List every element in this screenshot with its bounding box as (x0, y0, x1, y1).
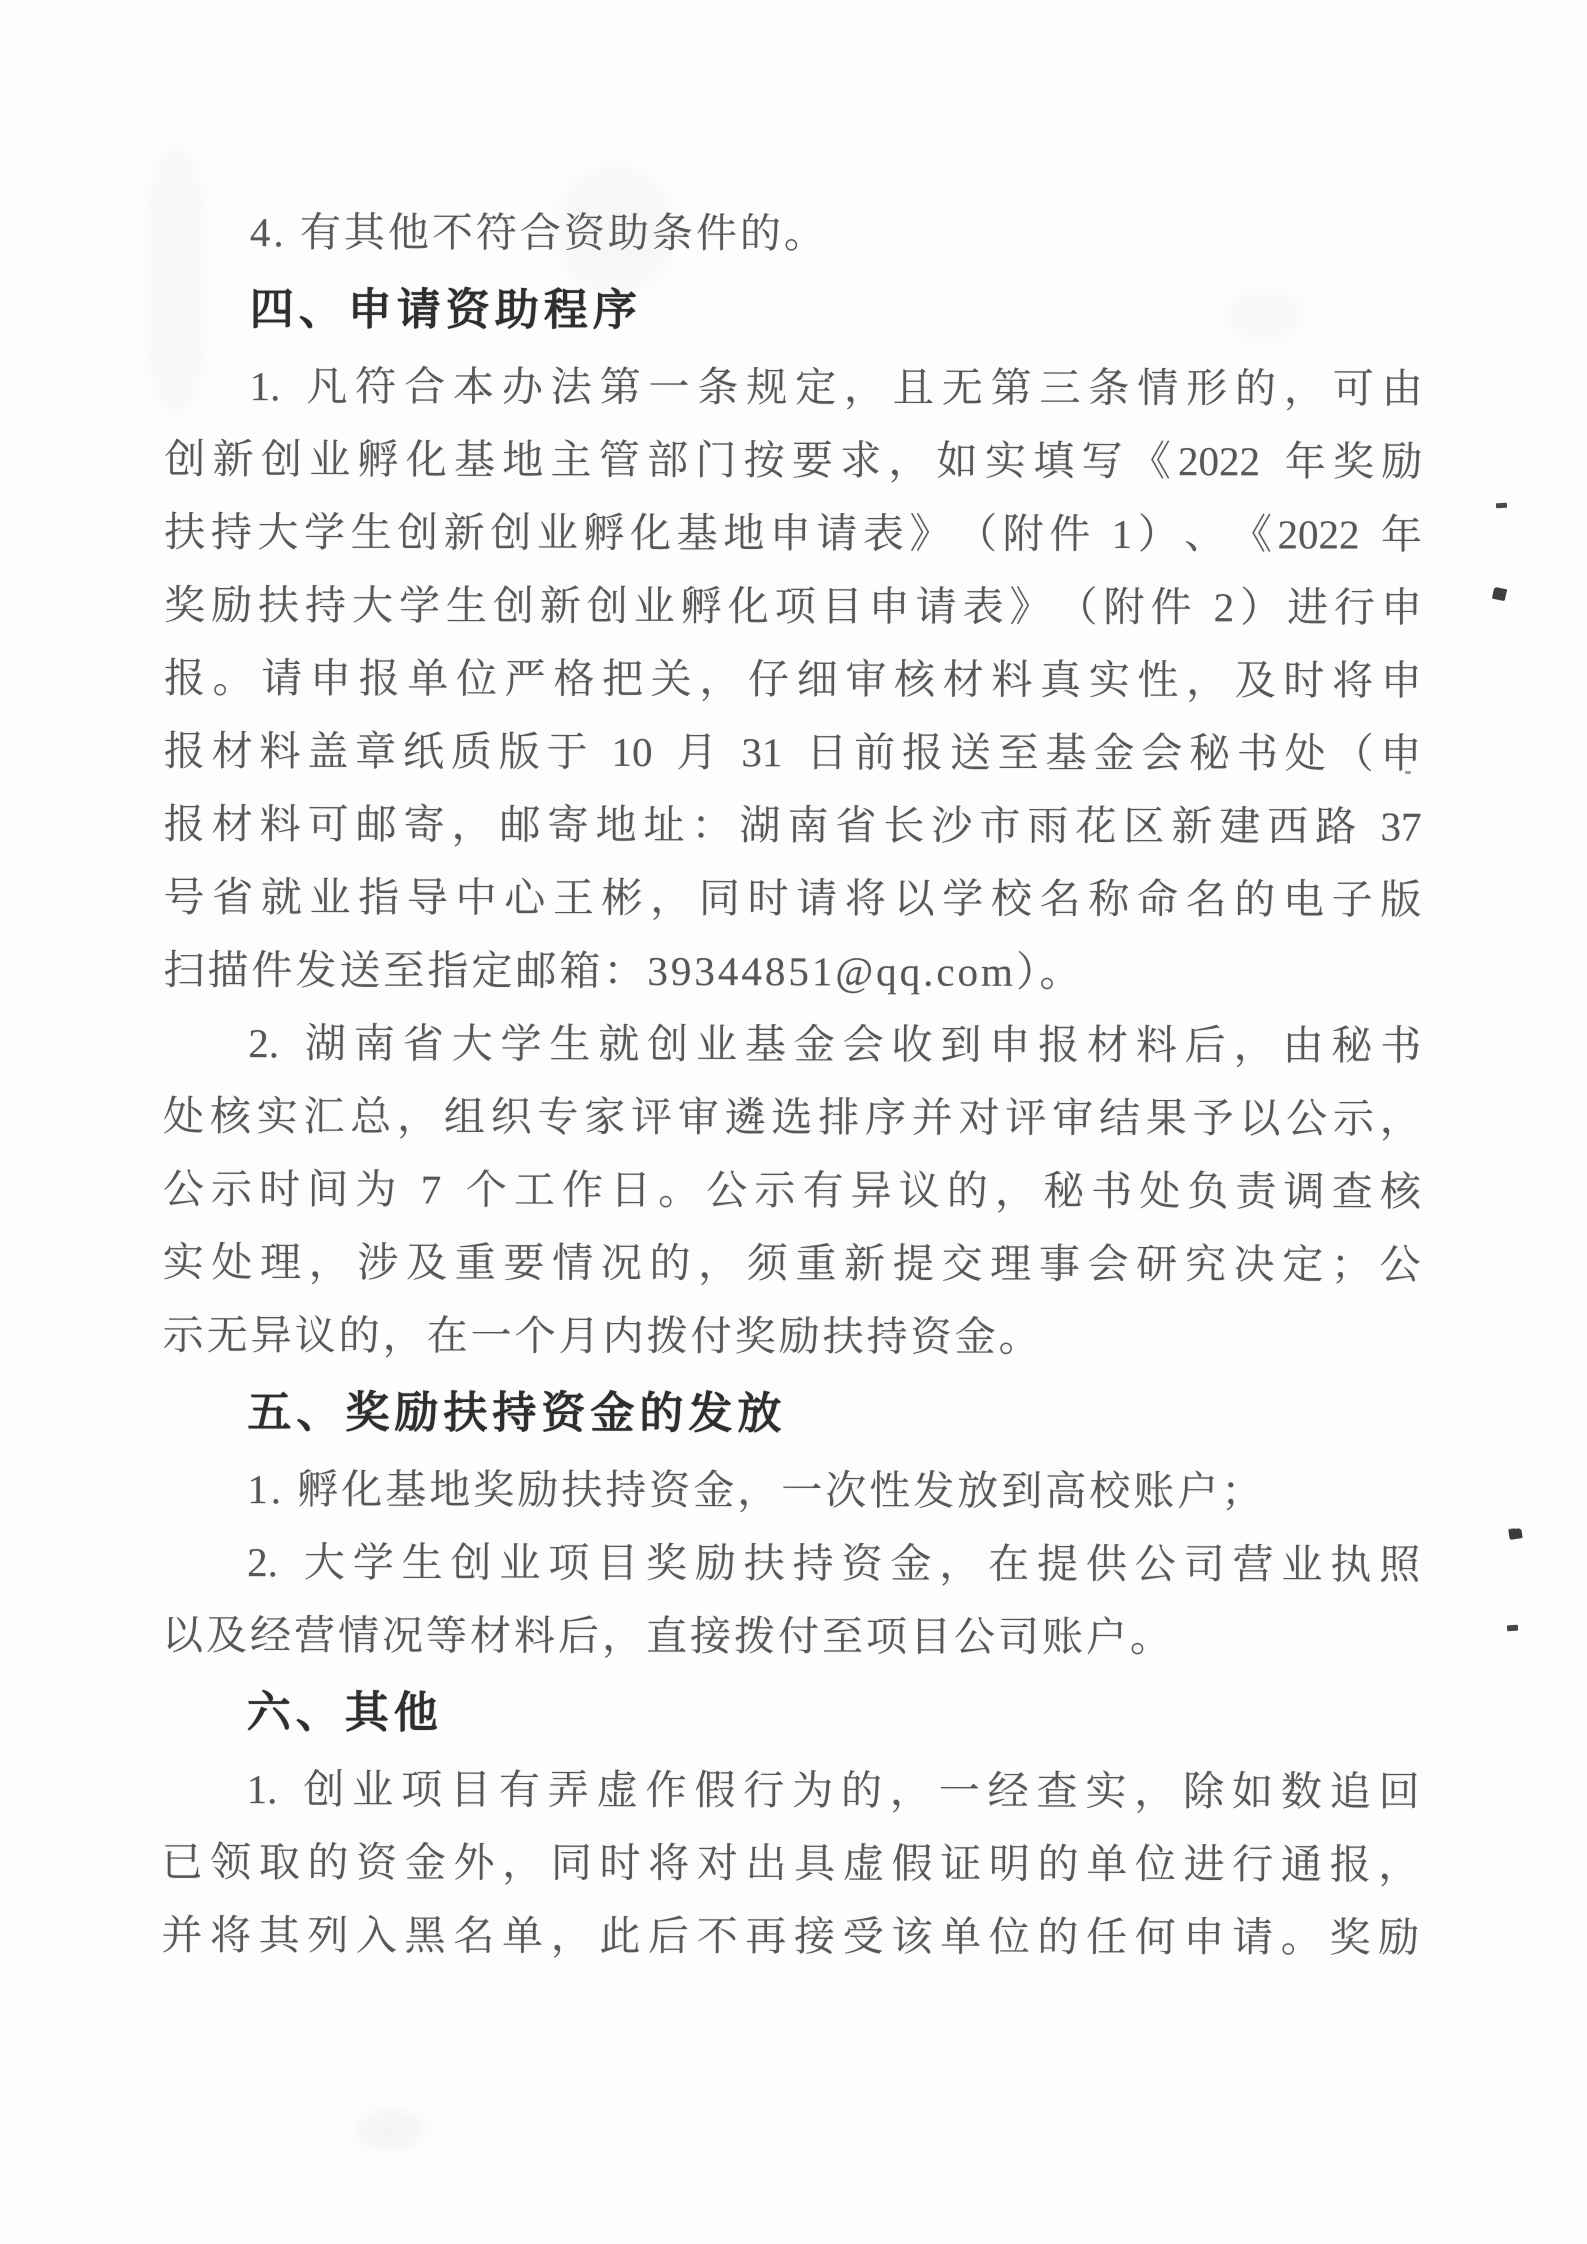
text-line: 已领取的资金外，同时将对出具虚假证明的单位进行通报， (161, 1826, 1419, 1902)
text-line: 报材料盖章纸质版于 10 月 31 日前报送至基金会秘书处（申 (164, 715, 1422, 791)
text-line: 4. 有其他不符合资助条件的。 (165, 196, 1423, 272)
scan-artifact (1492, 587, 1507, 601)
text-line: 并将其列入黑名单，此后不再接受该单位的任何申请。奖励 (161, 1899, 1419, 1975)
scan-smudge (146, 150, 206, 410)
scan-artifact (1507, 1625, 1518, 1632)
text-line: 处核实汇总，组织专家评审遴选排序并对评审结果予以公示， (163, 1080, 1421, 1156)
scanned-document-page: 4. 有其他不符合资助条件的。四、申请资助程序1. 凡符合本办法第一条规定，且无… (0, 0, 1587, 2244)
text-line: 公示时间为 7 个工作日。公示有异议的，秘书处负责调查核 (163, 1153, 1421, 1229)
scan-artifact (1508, 1528, 1522, 1540)
text-line: 号省就业指导中心王彬，同时请将以学校名称命名的电子版 (163, 861, 1421, 937)
scan-smudge (555, 165, 675, 295)
text-line: 扫描件发送至指定邮箱：39344851@qq.com）。 (163, 934, 1421, 1010)
text-line: 实处理，涉及重要情况的，须重新提交理事会研究决定；公 (163, 1226, 1421, 1302)
section-heading: 五、奖励扶持资金的发放 (162, 1376, 1420, 1452)
text-line: 奖励扶持大学生创新创业孵化项目申请表》（附件 2）进行申 (164, 569, 1422, 645)
text-line: 2. 湖南省大学生就创业基金会收到申报材料后，由秘书 (163, 1007, 1421, 1083)
text-line: 1. 凡符合本办法第一条规定，且无第三条情形的，可由 (165, 350, 1423, 426)
scan-smudge (355, 2110, 425, 2150)
text-line: 创新创业孵化基地主管部门按要求，如实填写《2022 年奖励 (164, 423, 1422, 499)
text-line: 报材料可邮寄，邮寄地址：湖南省长沙市雨花区新建西路 37 (164, 788, 1422, 864)
text-line: 1. 孵化基地奖励扶持资金，一次性发放到高校账户； (162, 1453, 1420, 1529)
document-body: 4. 有其他不符合资助条件的。四、申请资助程序1. 凡符合本办法第一条规定，且无… (161, 196, 1423, 1975)
scan-artifact (1405, 771, 1411, 774)
text-line: 以及经营情况等材料后，直接拨付至项目公司账户。 (162, 1599, 1420, 1675)
scan-artifact (1496, 503, 1507, 509)
text-line: 示无异议的，在一个月内拨付奖励扶持资金。 (163, 1299, 1421, 1375)
text-line: 2. 大学生创业项目奖励扶持资金，在提供公司营业执照 (162, 1526, 1420, 1602)
text-line: 扶持大学生创新创业孵化基地申请表》（附件 1）、《2022 年 (164, 496, 1422, 572)
text-line: 1. 创业项目有弄虚作假行为的，一经查实，除如数追回 (162, 1753, 1420, 1829)
section-heading: 六、其他 (162, 1676, 1420, 1752)
scan-smudge (1225, 290, 1305, 340)
text-line: 报。请申报单位严格把关，仔细审核材料真实性，及时将申 (164, 642, 1422, 718)
